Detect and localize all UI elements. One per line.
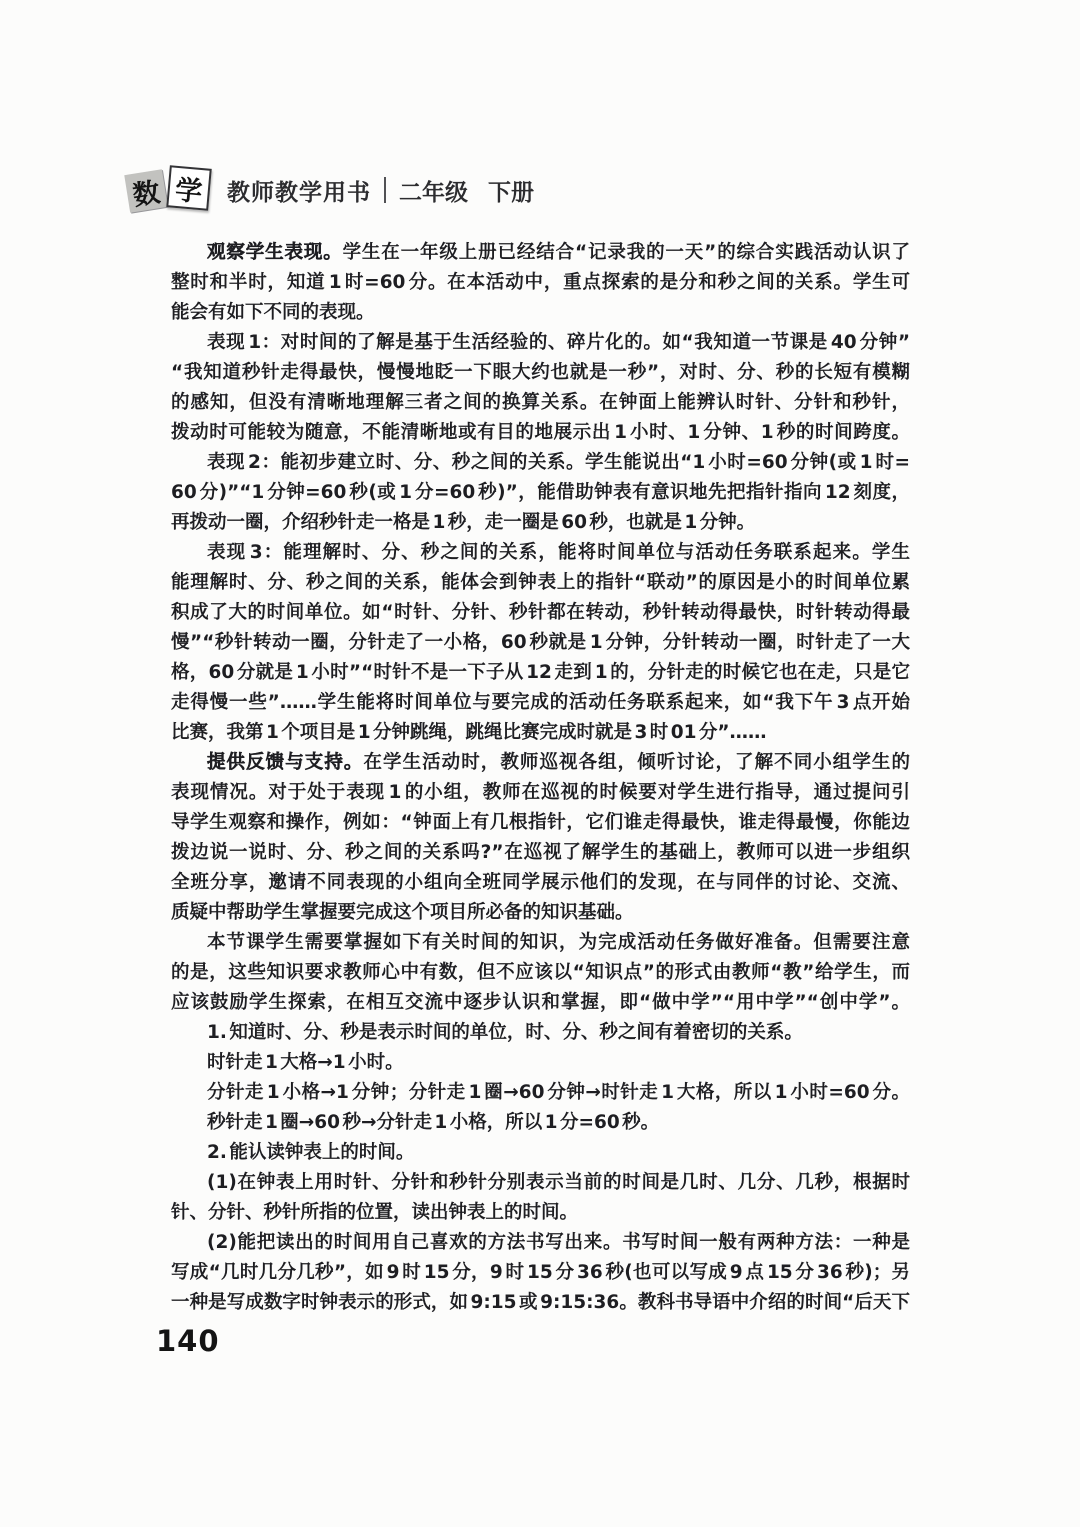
- paragraph-lead: 提供反馈与支持。: [207, 752, 363, 773]
- text-line: 表现情况。对于处于表现 1 的小组，教师在巡视的时候要对学生进行指导，通过提问引: [171, 778, 910, 808]
- text-line: 60 分)”“1 分钟=60 秒(或 1 分=60 秒)”，能借助钟表有意识地先…: [171, 478, 910, 508]
- text-line: 慢”“秒针转动一圈，分针走了一小格，60 秒就是 1 分钟，分针转动一圈，时针走…: [171, 628, 910, 658]
- paragraph-lead: 观察学生表现。: [207, 242, 343, 263]
- text-line: 表现 1：对时间的了解是基于生活经验的、碎片化的。如“我知道一节课是 40 分钟…: [171, 328, 910, 358]
- text-line: 走得慢一些”……学生能将时间单位与要完成的活动任务联系起来，如“我下午 3 点开…: [171, 688, 910, 718]
- book-header: 数 学 教师教学用书 二年级 下册: [127, 166, 534, 214]
- text-line: 整时和半时，知道 1 时=60 分。在本活动中，重点探索的是分和秒之间的关系。学…: [171, 268, 910, 298]
- logo-shu-box: 数: [124, 169, 167, 212]
- text-line: 秒针走 1 圈→60 秒→分针走 1 小格，所以 1 分=60 秒。: [171, 1108, 910, 1138]
- text-line: (2)能把读出的时间用自己喜欢的方法书写出来。书写时间一般有两种方法：一种是: [171, 1228, 910, 1258]
- text-line: 时针走 1 大格→1 小时。: [171, 1048, 910, 1078]
- text-line: 一种是写成数字时钟表示的形式，如 9:15 或 9:15:36。教科书导语中介绍…: [171, 1288, 910, 1318]
- text-line: 应该鼓励学生探索，在相互交流中逐步认识和掌握，即“做中学”“用中学”“创中学”。: [171, 988, 910, 1018]
- text-line: 表现 3：能理解时、分、秒之间的关系，能将时间单位与活动任务联系起来。学生: [171, 538, 910, 568]
- text-line: 的是，这些知识要求教师心中有数，但不应该以“知识点”的形式由教师“教”给学生，而: [171, 958, 910, 988]
- text-line: 提供反馈与支持。在学生活动时，教师巡视各组，倾听讨论，了解不同小组学生的: [171, 748, 910, 778]
- text-line: 导学生观察和操作，例如：“钟面上有几根指针，它们谁走得最快，谁走得最慢，你能边: [171, 808, 910, 838]
- text-line: 观察学生表现。学生在一年级上册已经结合“记录我的一天”的综合实践活动认识了: [171, 238, 910, 268]
- grade-label: 二年级: [399, 174, 468, 207]
- text-line: 拨边说一说时、分、秒之间的关系吗?”在巡视了解学生的基础上，教师可以进一步组织: [171, 838, 910, 868]
- math-logo: 数 学: [127, 166, 213, 214]
- text-line: (1)在钟表上用时针、分针和秒针分别表示当前的时间是几时、几分、几秒，根据时: [171, 1168, 910, 1198]
- page-number: 140: [156, 1324, 220, 1358]
- logo-shu-char: 数: [130, 170, 163, 213]
- text-line: 拨动时可能较为随意，不能清晰地或有目的地展示出 1 小时、1 分钟、1 秒的时间…: [171, 418, 910, 448]
- text-line: 全班分享，邀请不同表现的小组向全班同学展示他们的发现，在与同伴的讨论、交流、: [171, 868, 910, 898]
- text-line: 写成“几时几分几秒”，如 9 时 15 分，9 时 15 分 36 秒(也可以写…: [171, 1258, 910, 1288]
- text-line: 再拨动一圈，介绍秒针走一格是 1 秒，走一圈是 60 秒，也就是 1 分钟。: [171, 508, 910, 538]
- text-line: 分针走 1 小格→1 分钟；分针走 1 圈→60 分钟→时针走 1 大格，所以 …: [171, 1078, 910, 1108]
- text-line: 针、分针、秒针所指的位置，读出钟表上的时间。: [171, 1198, 910, 1228]
- text-line: 表现 2：能初步建立时、分、秒之间的关系。学生能说出“1 小时=60 分钟(或 …: [171, 448, 910, 478]
- text-line: 比赛，我第 1 个项目是 1 分钟跳绳，跳绳比赛完成时就是 3 时 01 分”……: [171, 718, 910, 748]
- text-line: 格，60 分就是 1 小时”“时针不是一下子从 12 走到 1 的，分针走的时候…: [171, 658, 910, 688]
- body-text: 观察学生表现。学生在一年级上册已经结合“记录我的一天”的综合实践活动认识了整时和…: [171, 238, 910, 1318]
- text-line: 1. 知道时、分、秒是表示时间的单位，时、分、秒之间有着密切的关系。: [171, 1018, 910, 1048]
- text-line: 2. 能认读钟表上的时间。: [171, 1138, 910, 1168]
- logo-xue-char: 学: [174, 167, 204, 208]
- text-line: 能理解时、分、秒之间的关系，能体会到钟表上的指针“联动”的原因是小的时间单位累: [171, 568, 910, 598]
- series-title: 教师教学用书: [227, 174, 371, 207]
- text-line: 本节课学生需要掌握如下有关时间的知识，为完成活动任务做好准备。但需要注意: [171, 928, 910, 958]
- text-line: 能会有如下不同的表现。: [171, 298, 910, 328]
- text-line: “我知道秒针走得最快，慢慢地眨一下眼大约也就是一秒”，对时、分、秒的长短有模糊: [171, 358, 910, 388]
- text-line: 积成了大的时间单位。如“时针、分针、秒针都在转动，秒针转动得最快，时针转动得最: [171, 598, 910, 628]
- header-divider: [384, 177, 386, 203]
- volume-label: 下册: [488, 174, 534, 207]
- logo-xue-box: 学: [166, 165, 212, 211]
- text-line: 质疑中帮助学生掌握要完成这个项目所必备的知识基础。: [171, 898, 910, 928]
- book-page: 数 学 教师教学用书 二年级 下册 观察学生表现。学生在一年级上册已经结合“记录…: [0, 0, 1080, 1527]
- text-line: 的感知，但没有清晰地理解三者之间的换算关系。在钟面上能辨认时针、分针和秒针，: [171, 388, 910, 418]
